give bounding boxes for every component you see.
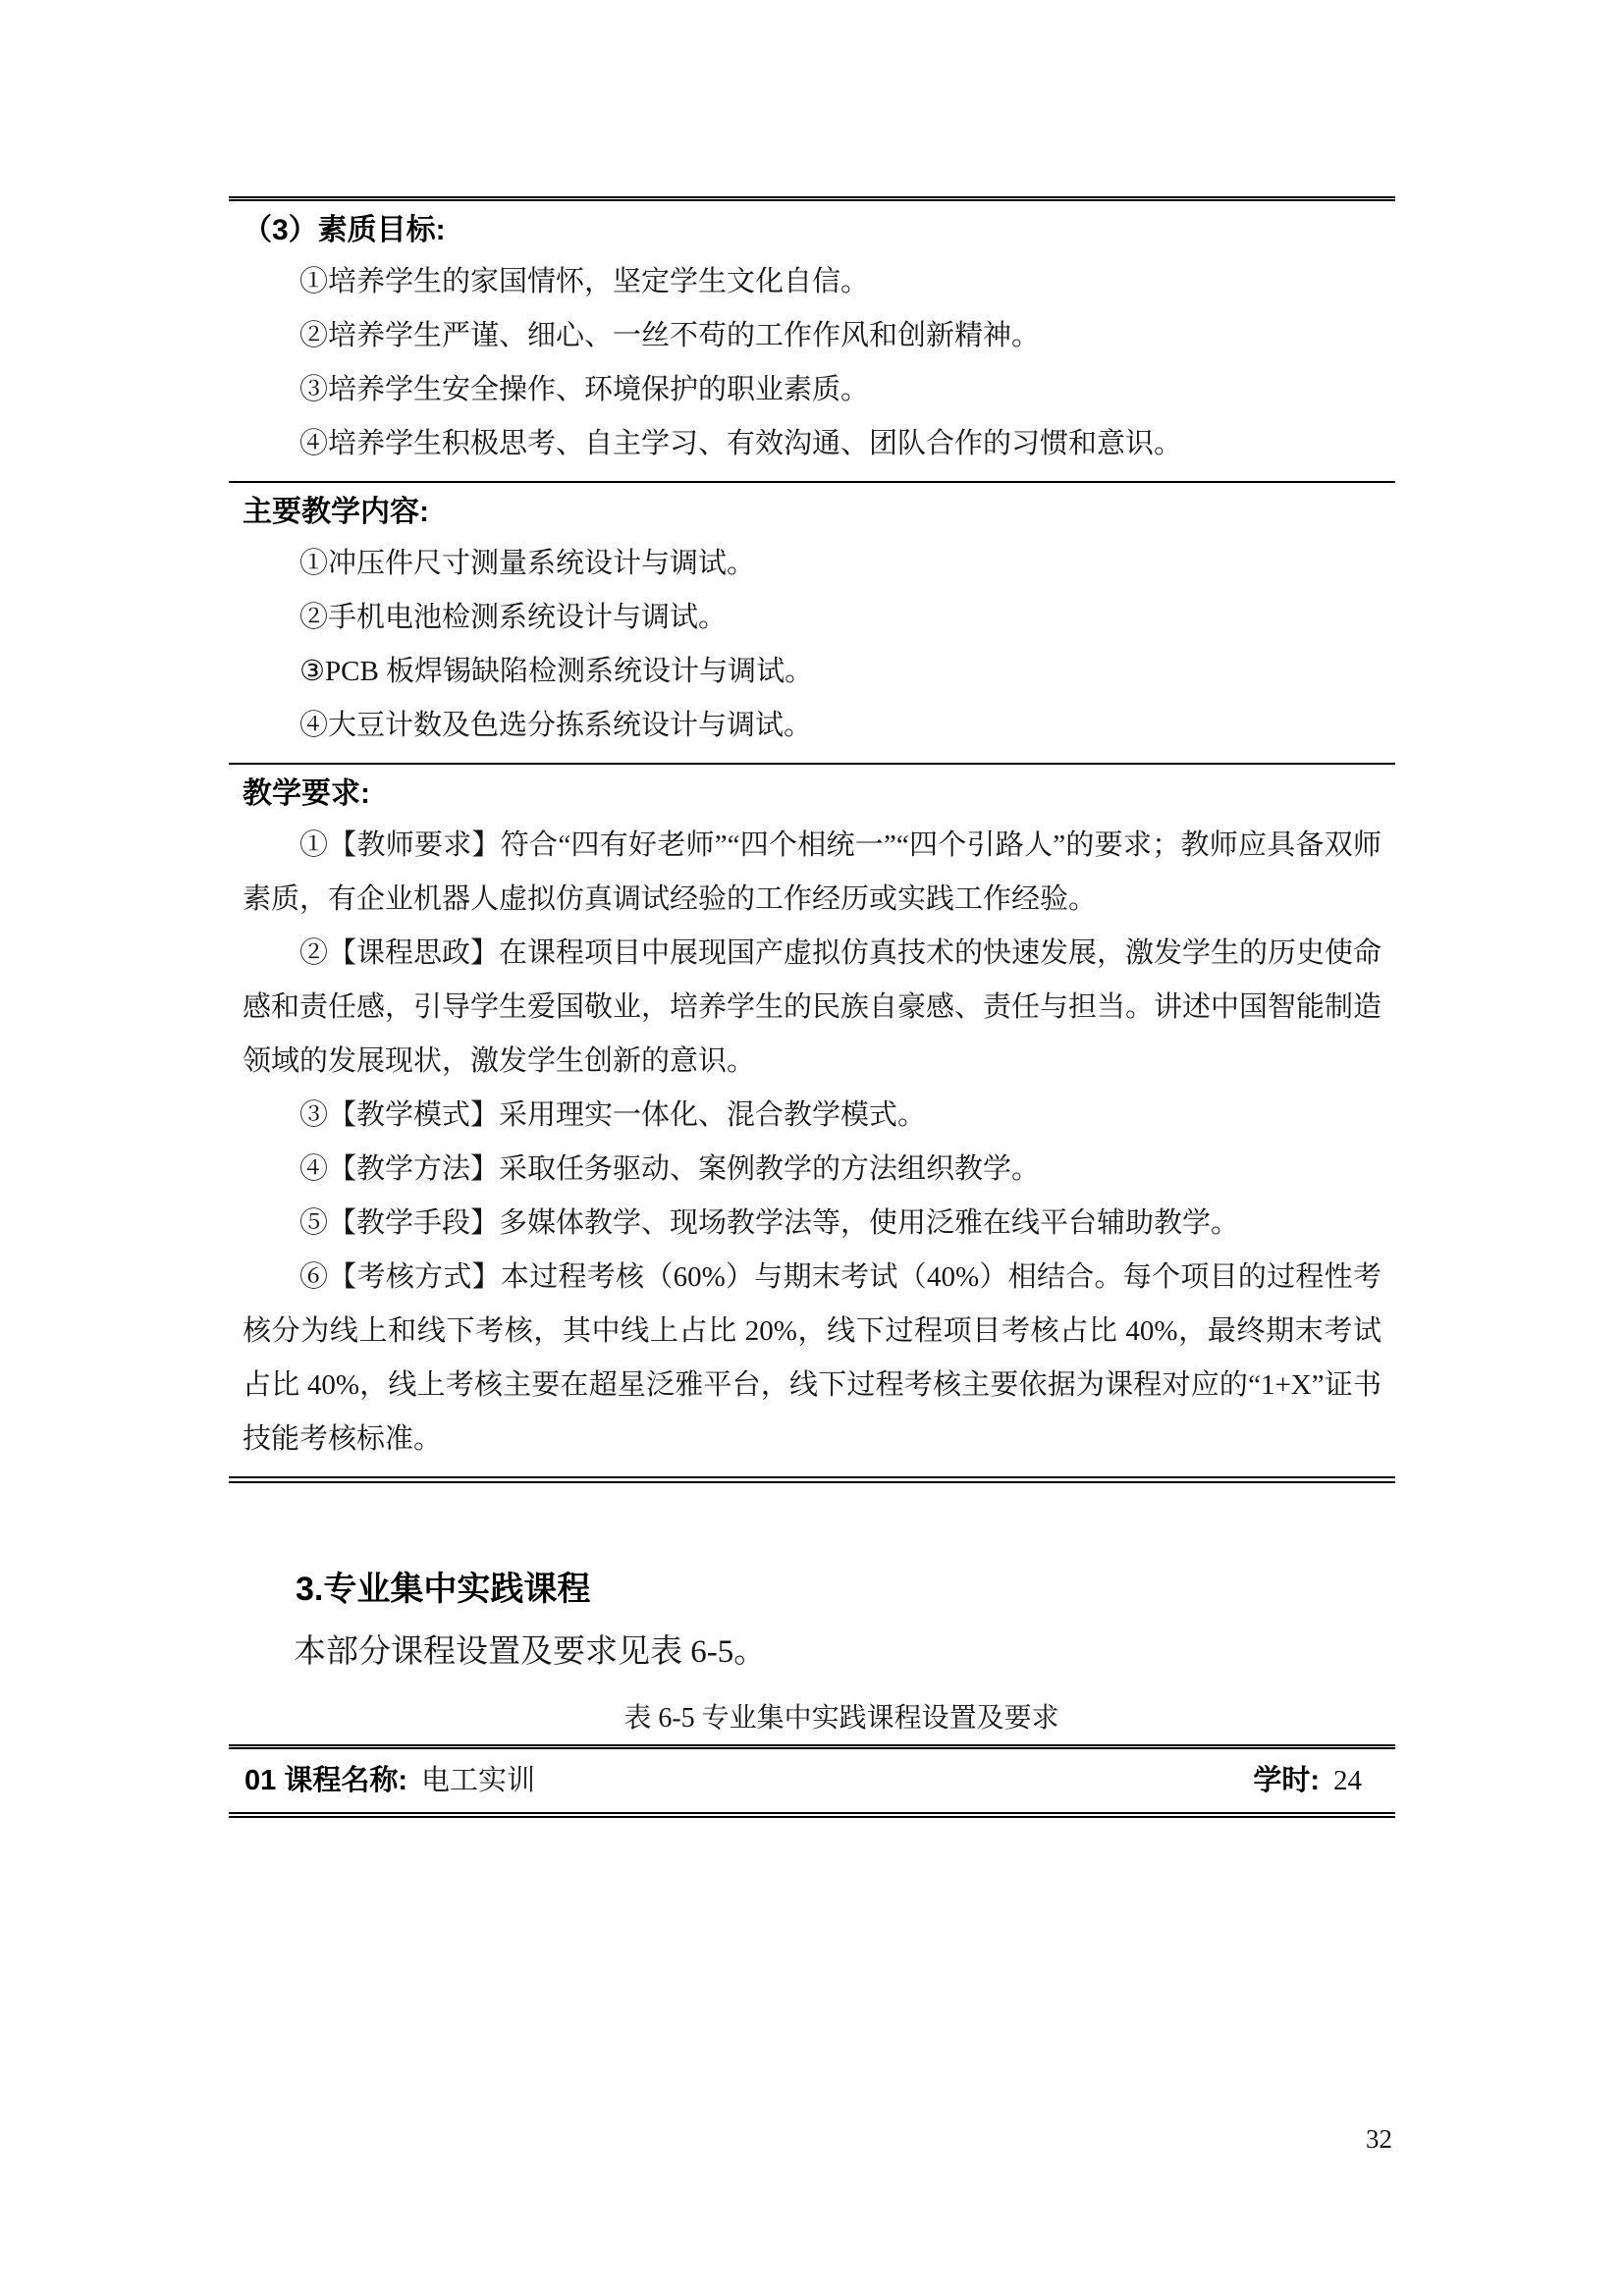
course-name-cell: 01 课程名称:电工实训 — [244, 1761, 535, 1800]
course-table: 01 课程名称:电工实训 学时:24 — [229, 1744, 1395, 1818]
list-item: ③PCB 板焊锡缺陷检测系统设计与调试。 — [243, 645, 1381, 699]
list-item: ①培养学生的家国情怀，坚定学生文化自信。 — [243, 255, 1381, 309]
page-number: 32 — [1366, 2124, 1392, 2155]
section-heading: 3.专业集中实践课程 — [229, 1568, 1395, 1611]
table-row-quality-objectives: （3）素质目标: ①培养学生的家国情怀，坚定学生文化自信。 ②培养学生严谨、细心… — [229, 201, 1395, 481]
list-item: ④培养学生积极思考、自主学习、有效沟通、团队合作的习惯和意识。 — [243, 417, 1381, 471]
list-item: ②手机电池检测系统设计与调试。 — [243, 591, 1381, 645]
table-caption: 表 6-5 专业集中实践课程设置及要求 — [229, 1699, 1395, 1738]
page-content: （3）素质目标: ①培养学生的家国情怀，坚定学生文化自信。 ②培养学生严谨、细心… — [229, 196, 1395, 1818]
list-item: ①【教师要求】符合“四有好老师”“四个相统一”“四个引路人”的要求；教师应具备双… — [243, 819, 1381, 927]
course-name-label: 01 课程名称: — [244, 1765, 407, 1796]
table-row-teaching-requirements: 教学要求: ①【教师要求】符合“四有好老师”“四个相统一”“四个引路人”的要求；… — [229, 763, 1395, 1476]
section-intro: 本部分课程设置及要求见表 6-5。 — [229, 1630, 1395, 1674]
row-heading: （3）素质目标: — [243, 206, 1381, 255]
list-item: ⑤【教学手段】多媒体教学、现场教学法等，使用泛雅在线平台辅助教学。 — [243, 1197, 1381, 1251]
course-hours-cell: 学时:24 — [1253, 1761, 1362, 1800]
table-row-course: 01 课程名称:电工实训 学时:24 — [229, 1749, 1395, 1812]
list-item: ④大豆计数及色选分拣系统设计与调试。 — [243, 699, 1381, 753]
row-heading: 主要教学内容: — [243, 488, 1381, 537]
course-hours-label: 学时: — [1253, 1765, 1320, 1796]
document-page: （3）素质目标: ①培养学生的家国情怀，坚定学生文化自信。 ②培养学生严谨、细心… — [0, 0, 1624, 2296]
table-row-teaching-content: 主要教学内容: ①冲压件尺寸测量系统设计与调试。 ②手机电池检测系统设计与调试。… — [229, 481, 1395, 763]
list-item: ②【课程思政】在课程项目中展现国产虚拟仿真技术的快速发展，激发学生的历史使命感和… — [243, 927, 1381, 1089]
list-item: ④【教学方法】采取任务驱动、案例教学的方法组织教学。 — [243, 1143, 1381, 1197]
list-item: ⑥【考核方式】本过程考核（60%）与期末考试（40%）相结合。每个项目的过程性考… — [243, 1251, 1381, 1467]
list-item: ③培养学生安全操作、环境保护的职业素质。 — [243, 363, 1381, 417]
course-hours-value: 24 — [1333, 1765, 1362, 1796]
list-item: ③【教学模式】采用理实一体化、混合教学模式。 — [243, 1089, 1381, 1143]
list-item: ①冲压件尺寸测量系统设计与调试。 — [243, 537, 1381, 591]
list-item: ②培养学生严谨、细心、一丝不苟的工作作风和创新精神。 — [243, 309, 1381, 363]
row-heading: 教学要求: — [243, 770, 1381, 819]
syllabus-table: （3）素质目标: ①培养学生的家国情怀，坚定学生文化自信。 ②培养学生严谨、细心… — [229, 196, 1395, 1483]
course-name-value: 电工实训 — [421, 1765, 535, 1796]
